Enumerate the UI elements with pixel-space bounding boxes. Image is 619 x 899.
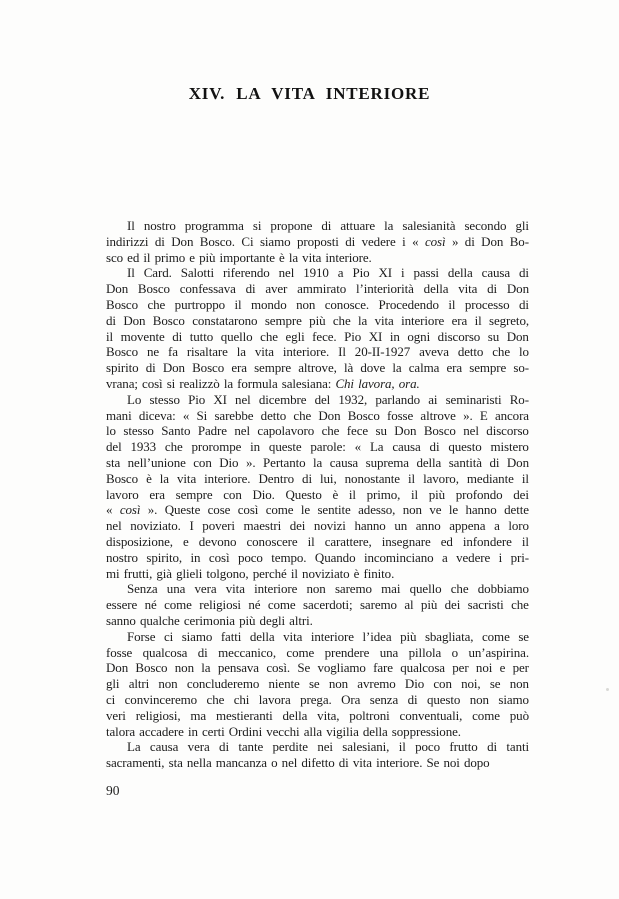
text-line: verireligiosi,mamestierantidellavita,pol…	[106, 708, 529, 724]
text-line: del1933cheprorompeinquesteparole:«Lacaus…	[106, 439, 529, 455]
text-line: esserenécomereligiosinécomesacerdoti;sar…	[106, 597, 529, 613]
page-number: 90	[106, 783, 120, 799]
text-line: stanell’unioneconDio».Pertantolacausasup…	[106, 455, 529, 471]
text-line: manidiceva:«SisarebbedettocheDonBoscofos…	[106, 408, 529, 424]
text-line: glialtrinonconcluderemonientesenonavremo…	[106, 676, 529, 692]
text-line: ilmoventedituttoquellocheeglifece.PioXIi…	[106, 329, 529, 345]
text-line: Bosconefarisaltarelavitainteriore.Il20-I…	[106, 344, 529, 360]
text-line: Senzaunaveravitainteriorenonsaremomaique…	[106, 581, 529, 597]
scan-speck	[606, 688, 609, 691]
text-line: Ilnostroprogrammasiproponediattuarelasal…	[106, 218, 529, 234]
text-line: Forsecisiamofattidellavitainteriorel’ide…	[106, 629, 529, 645]
text-line: LostessoPioXIneldicembredel1932,parlando…	[106, 392, 529, 408]
text-line: mi frutti, già glieli tolgono, perché il…	[106, 566, 529, 582]
text-line: indirizzidiDonBosco.Cisiamopropostidived…	[106, 234, 529, 250]
text-line: ciconvinceremochechilavoraprega.Orasenza…	[106, 692, 529, 708]
text-line: lavoroerasempreconDio.Questoèilprimo,ilp…	[106, 487, 529, 503]
text-line: talora accadere in certi Ordini vecchi a…	[106, 724, 529, 740]
book-page: XIV. LA VITA INTERIORE Ilnostroprogramma…	[0, 0, 619, 899]
text-line: vrana; così si realizzò la formula sales…	[106, 376, 529, 392]
text-line: Lacausaveraditanteperditeneisalesiani,il…	[106, 739, 529, 755]
text-line: sco ed il primo e più importante è la vi…	[106, 250, 529, 266]
text-line: sanno qualche cerimonia più degli altri.	[106, 613, 529, 629]
text-line: IlCard.Salottiriferendonel1910aPioXIipas…	[106, 265, 529, 281]
text-line: disposizione,edevonoconoscereilcarattere…	[106, 534, 529, 550]
text-line: spiritodiDonBoscoerasemprealtrove,làdove…	[106, 360, 529, 376]
text-line: DonBoscoconfessavadiaverammiratol’interi…	[106, 281, 529, 297]
text-line: «così».Questecosecosìcomelesentiteadesso…	[106, 502, 529, 518]
text-line: Boscochepurtroppoilmondononconosce.Proce…	[106, 297, 529, 313]
text-line: nelnoviziato.Ipoverimaestrideinovizihann…	[106, 518, 529, 534]
text-line: diDonBoscoconstataronosemprepiùchelavita…	[106, 313, 529, 329]
text-line: fossequalcosadimeccanico,comeprendereuna…	[106, 645, 529, 661]
chapter-title: XIV. LA VITA INTERIORE	[0, 84, 619, 104]
text-line: sacramenti, sta nella mancanza o nel dif…	[106, 755, 529, 771]
text-line: nostrospirito,incosìpocotempo.Quandoinco…	[106, 550, 529, 566]
text-block: Ilnostroprogrammasiproponediattuarelasal…	[106, 218, 529, 771]
text-line: DonBoscononlapensavacosì.Sevogliamofareq…	[106, 660, 529, 676]
text-line: Boscoèlavitainteriore.Dentrodilui,nonost…	[106, 471, 529, 487]
text-line: lostessoSantoPadrenelcapolavorochefecesu…	[106, 423, 529, 439]
